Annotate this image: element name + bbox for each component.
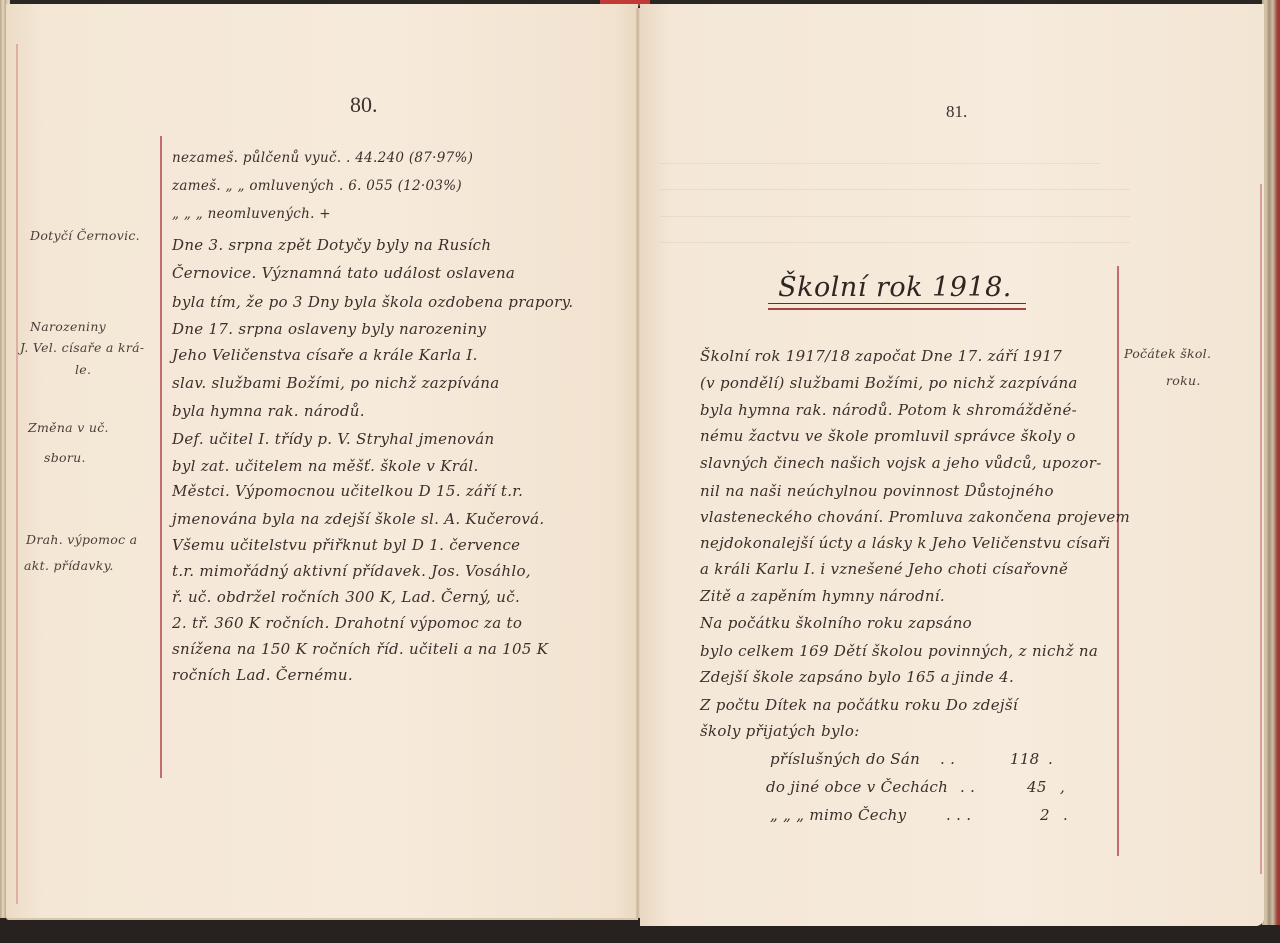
text-line: bylo celkem 169 Dětí školou povinných, z…	[700, 642, 1098, 660]
text-line: t.r. mimořádný aktivní přídavek. Jos. Vo…	[172, 562, 531, 580]
enrollment-row-value: 118	[1010, 750, 1040, 768]
section-title: Školní rok 1918.	[765, 272, 1025, 303]
margin-note: sboru.	[44, 450, 86, 465]
show-through	[660, 242, 1130, 243]
margin-note: J. Vel. císaře a krá-	[20, 340, 144, 355]
text-line: ročních Lad. Černému.	[172, 666, 353, 684]
text-line: nezameš. půlčenů vyuč. . 44.240 (87·97%)	[172, 150, 473, 166]
text-line: nému žactvu ve škole promluvil správce š…	[700, 427, 1076, 445]
show-through	[660, 189, 1130, 190]
text-line: nejdokonalejší úcty a lásky k Jeho Velič…	[700, 534, 1110, 552]
text-line: Zdejší škole zapsáno bylo 165 a jinde 4.	[700, 668, 1014, 686]
margin-note: Změna v uč.	[28, 420, 109, 435]
text-line: byla hymna rak. národů. Potom k shromážd…	[700, 401, 1077, 419]
text-line: slavných činech našich vojsk a jeho vůdc…	[700, 454, 1102, 472]
book-page-stack-right	[1262, 0, 1280, 925]
text-line: jmenována byla na zdejší škole sl. A. Ku…	[172, 510, 544, 528]
text-line: vlasteneckého chování. Promluva zakončen…	[700, 508, 1130, 526]
text-line: Na počátku školního roku zapsáno	[700, 614, 972, 632]
page-number-left: 80.	[350, 92, 378, 118]
margin-rule-outer	[1260, 184, 1262, 874]
text-line: Z počtu Dítek na počátku roku Do zdejší	[700, 696, 1018, 714]
text-line: zameš. „ „ omluvených . 6. 055 (12·03%)	[172, 178, 462, 194]
text-line: byla tím, že po 3 Dny byla škola ozdoben…	[172, 293, 573, 311]
enrollment-row-label: příslušných do Sán	[770, 750, 920, 768]
text-line: snížena na 150 K ročních říd. učiteli a …	[172, 640, 548, 658]
margin-note: Drah. výpomoc a	[26, 532, 137, 547]
text-line: ř. uč. obdržel ročních 300 K, Lad. Černý…	[172, 588, 520, 606]
margin-note: le.	[75, 362, 91, 377]
margin-note: Narozeniny	[30, 319, 106, 334]
row-end-mark: .	[1063, 806, 1068, 824]
page-number-right: 81.	[946, 102, 967, 122]
row-end-mark: ,	[1060, 778, 1065, 796]
text-line: Městci. Výpomocnou učitelkou D 15. září …	[172, 482, 523, 500]
text-line: Dne 3. srpna zpět Dotyčy byly na Rusích	[172, 236, 491, 254]
text-line: školy přijatých bylo:	[700, 722, 860, 740]
text-line: Zitě a zapěním hymny národní.	[700, 587, 945, 605]
dot-leader: . .	[940, 750, 955, 768]
enrollment-row-label: „ „ „ mimo Čechy	[770, 806, 906, 824]
enrollment-row-value: 2	[1040, 806, 1050, 824]
text-line: (v pondělí) službami Božími, po nichž za…	[700, 374, 1078, 392]
show-through	[660, 163, 1100, 164]
title-underline	[768, 303, 1026, 304]
text-line: Všemu učitelstvu přiřknut byl D 1. červe…	[172, 536, 520, 554]
margin-rule	[1117, 266, 1119, 856]
margin-note: akt. přídavky.	[24, 558, 114, 573]
text-line: Černovice. Významná tato událost oslaven…	[172, 264, 515, 282]
margin-rule-faint	[16, 44, 18, 904]
text-line: nil na naši neúchylnou povinnost Důstojn…	[700, 482, 1054, 500]
text-line: a králi Karlu I. i vznešené Jeho choti c…	[700, 560, 1068, 578]
margin-note: Dotyčí Černovic.	[30, 228, 140, 243]
show-through	[660, 216, 1130, 217]
text-line: Dne 17. srpna oslaveny byly narozeniny	[172, 320, 486, 338]
margin-note: roku.	[1166, 373, 1201, 388]
text-line: „ „ „ neomluvených. +	[172, 206, 331, 222]
text-line: Školní rok 1917/18 započat Dne 17. září …	[700, 347, 1062, 365]
margin-note: Počátek škol.	[1124, 346, 1211, 361]
margin-rule	[160, 136, 162, 778]
enrollment-row-value: 45	[1027, 778, 1047, 796]
row-end-mark: .	[1048, 750, 1053, 768]
text-line: slav. službami Božími, po nichž zazpíván…	[172, 374, 499, 392]
text-line: Def. učitel I. třídy p. V. Stryhal jmeno…	[172, 430, 495, 448]
dot-leader: . . .	[946, 806, 971, 824]
text-line: Jeho Veličenstva císaře a krále Karla I.	[172, 346, 478, 364]
enrollment-row-label: do jiné obce v Čechách	[766, 778, 948, 796]
text-line: byl zat. učitelem na měšť. škole v Král.	[172, 457, 479, 475]
text-line: byla hymna rak. národů.	[172, 402, 365, 420]
dot-leader: . .	[960, 778, 975, 796]
title-underline-red	[768, 308, 1026, 310]
open-book-spread: 80. 81. Dotyčí Černovic. Narozeniny J. V…	[0, 0, 1280, 943]
text-line: 2. tř. 360 K ročních. Drahotní výpomoc z…	[172, 614, 522, 632]
